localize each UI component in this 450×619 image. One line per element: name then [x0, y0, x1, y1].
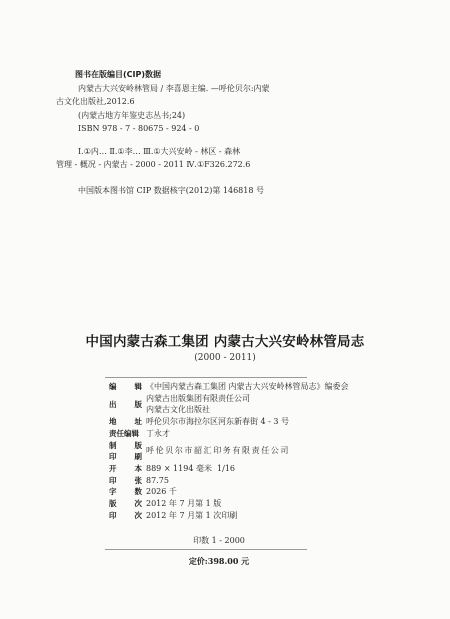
info-label: 印次: [109, 510, 146, 522]
book-subtitle: (2000 - 2011): [60, 353, 390, 363]
cip-data-block: 图书在版编目(CIP)数据 内蒙古大兴安岭林管局 / 李喜恩主编. —呼伦贝尔:…: [75, 68, 285, 197]
info-label: 编辑: [109, 381, 146, 393]
cip-isbn: ISBN 978 - 7 - 80675 - 924 - 0: [75, 122, 285, 136]
print-run: 印数 1 - 2000: [109, 535, 309, 546]
info-value: 2026 千: [146, 486, 309, 498]
info-value: 889 × 1194 毫米 1/16: [146, 463, 309, 475]
info-value: 2012 年 7 月第 1 版: [146, 498, 309, 510]
cip-line: 内蒙古大兴安岭林管局 / 李喜恩主编. —呼伦贝尔:内蒙: [75, 82, 285, 96]
divider-top: [105, 377, 307, 378]
book-title-block: 中国内蒙古森工集团 内蒙古大兴安岭林管局志 (2000 - 2011): [60, 330, 390, 363]
cip-classification: Ⅰ.①内… Ⅱ.①李… Ⅲ.①大兴安岭 - 林区 - 森林: [75, 145, 285, 159]
info-value: 《中国内蒙古森工集团 内蒙古大兴安岭林管局志》编委会: [146, 381, 349, 393]
cip-heading: 图书在版编目(CIP)数据: [75, 68, 285, 82]
publisher-press: 内蒙古文化出版社: [146, 404, 309, 416]
info-row-plate-printing: 制版 印刷 呼伦贝尔市韶汇印务有限责任公司: [109, 440, 309, 463]
info-row-responsible-editor: 责任编辑 丁永才: [109, 428, 309, 440]
cip-line: (内蒙古地方年鉴史志丛书;24): [75, 109, 285, 123]
info-label: 开本: [109, 463, 146, 475]
cip-classification: 管理 - 概况 - 内蒙古 - 2000 - 2011 Ⅳ.①F326.272.…: [56, 158, 285, 172]
info-row-editor: 编辑 《中国内蒙古森工集团 内蒙古大兴安岭林管局志》编委会: [109, 381, 309, 393]
info-label: 印刷: [109, 451, 146, 463]
publication-info: 编辑 《中国内蒙古森工集团 内蒙古大兴安岭林管局志》编委会 出版 内蒙古出版集团…: [109, 381, 309, 521]
publisher-group: 内蒙古出版集团有限责任公司: [146, 393, 309, 405]
price: 定价:398.00 元: [109, 556, 309, 567]
info-row-edition: 版次 2012 年 7 月第 1 版: [109, 498, 309, 510]
book-title: 中国内蒙古森工集团 内蒙古大兴安岭林管局志: [60, 330, 390, 350]
info-label: 印张: [109, 475, 146, 487]
info-row-word-count: 字数 2026 千: [109, 486, 309, 498]
info-row-printing: 印次 2012 年 7 月第 1 次印刷: [109, 510, 309, 522]
info-label: 字数: [109, 486, 146, 498]
info-value: 87.75: [146, 475, 309, 487]
info-value: 丁永才: [146, 428, 309, 440]
info-value: 2012 年 7 月第 1 次印刷: [146, 510, 309, 522]
info-value: 呼伦贝尔市海拉尔区河东新春街 4 - 3 号: [146, 416, 309, 428]
info-row-publisher: 出版 内蒙古出版集团有限责任公司 内蒙古文化出版社: [109, 393, 309, 416]
info-row-sheets: 印张 87.75: [109, 475, 309, 487]
copyright-page: 图书在版编目(CIP)数据 内蒙古大兴安岭林管局 / 李喜恩主编. —呼伦贝尔:…: [0, 0, 450, 619]
cip-number: 中国版本图书馆 CIP 数据核字(2012)第 146818 号: [75, 184, 285, 198]
info-label: 出版: [109, 393, 146, 416]
info-row-format: 开本 889 × 1194 毫米 1/16: [109, 463, 309, 475]
cip-line: 古文化出版社,2012.6: [56, 95, 285, 109]
info-label: 责任编辑: [109, 428, 146, 440]
info-row-address: 地址 呼伦贝尔市海拉尔区河东新春街 4 - 3 号: [109, 416, 309, 428]
info-label: 版次: [109, 498, 146, 510]
info-label: 地址: [109, 416, 146, 428]
info-value: 呼伦贝尔市韶汇印务有限责任公司: [146, 445, 309, 457]
info-label: 制版: [109, 440, 146, 452]
divider-bottom: [105, 549, 307, 550]
